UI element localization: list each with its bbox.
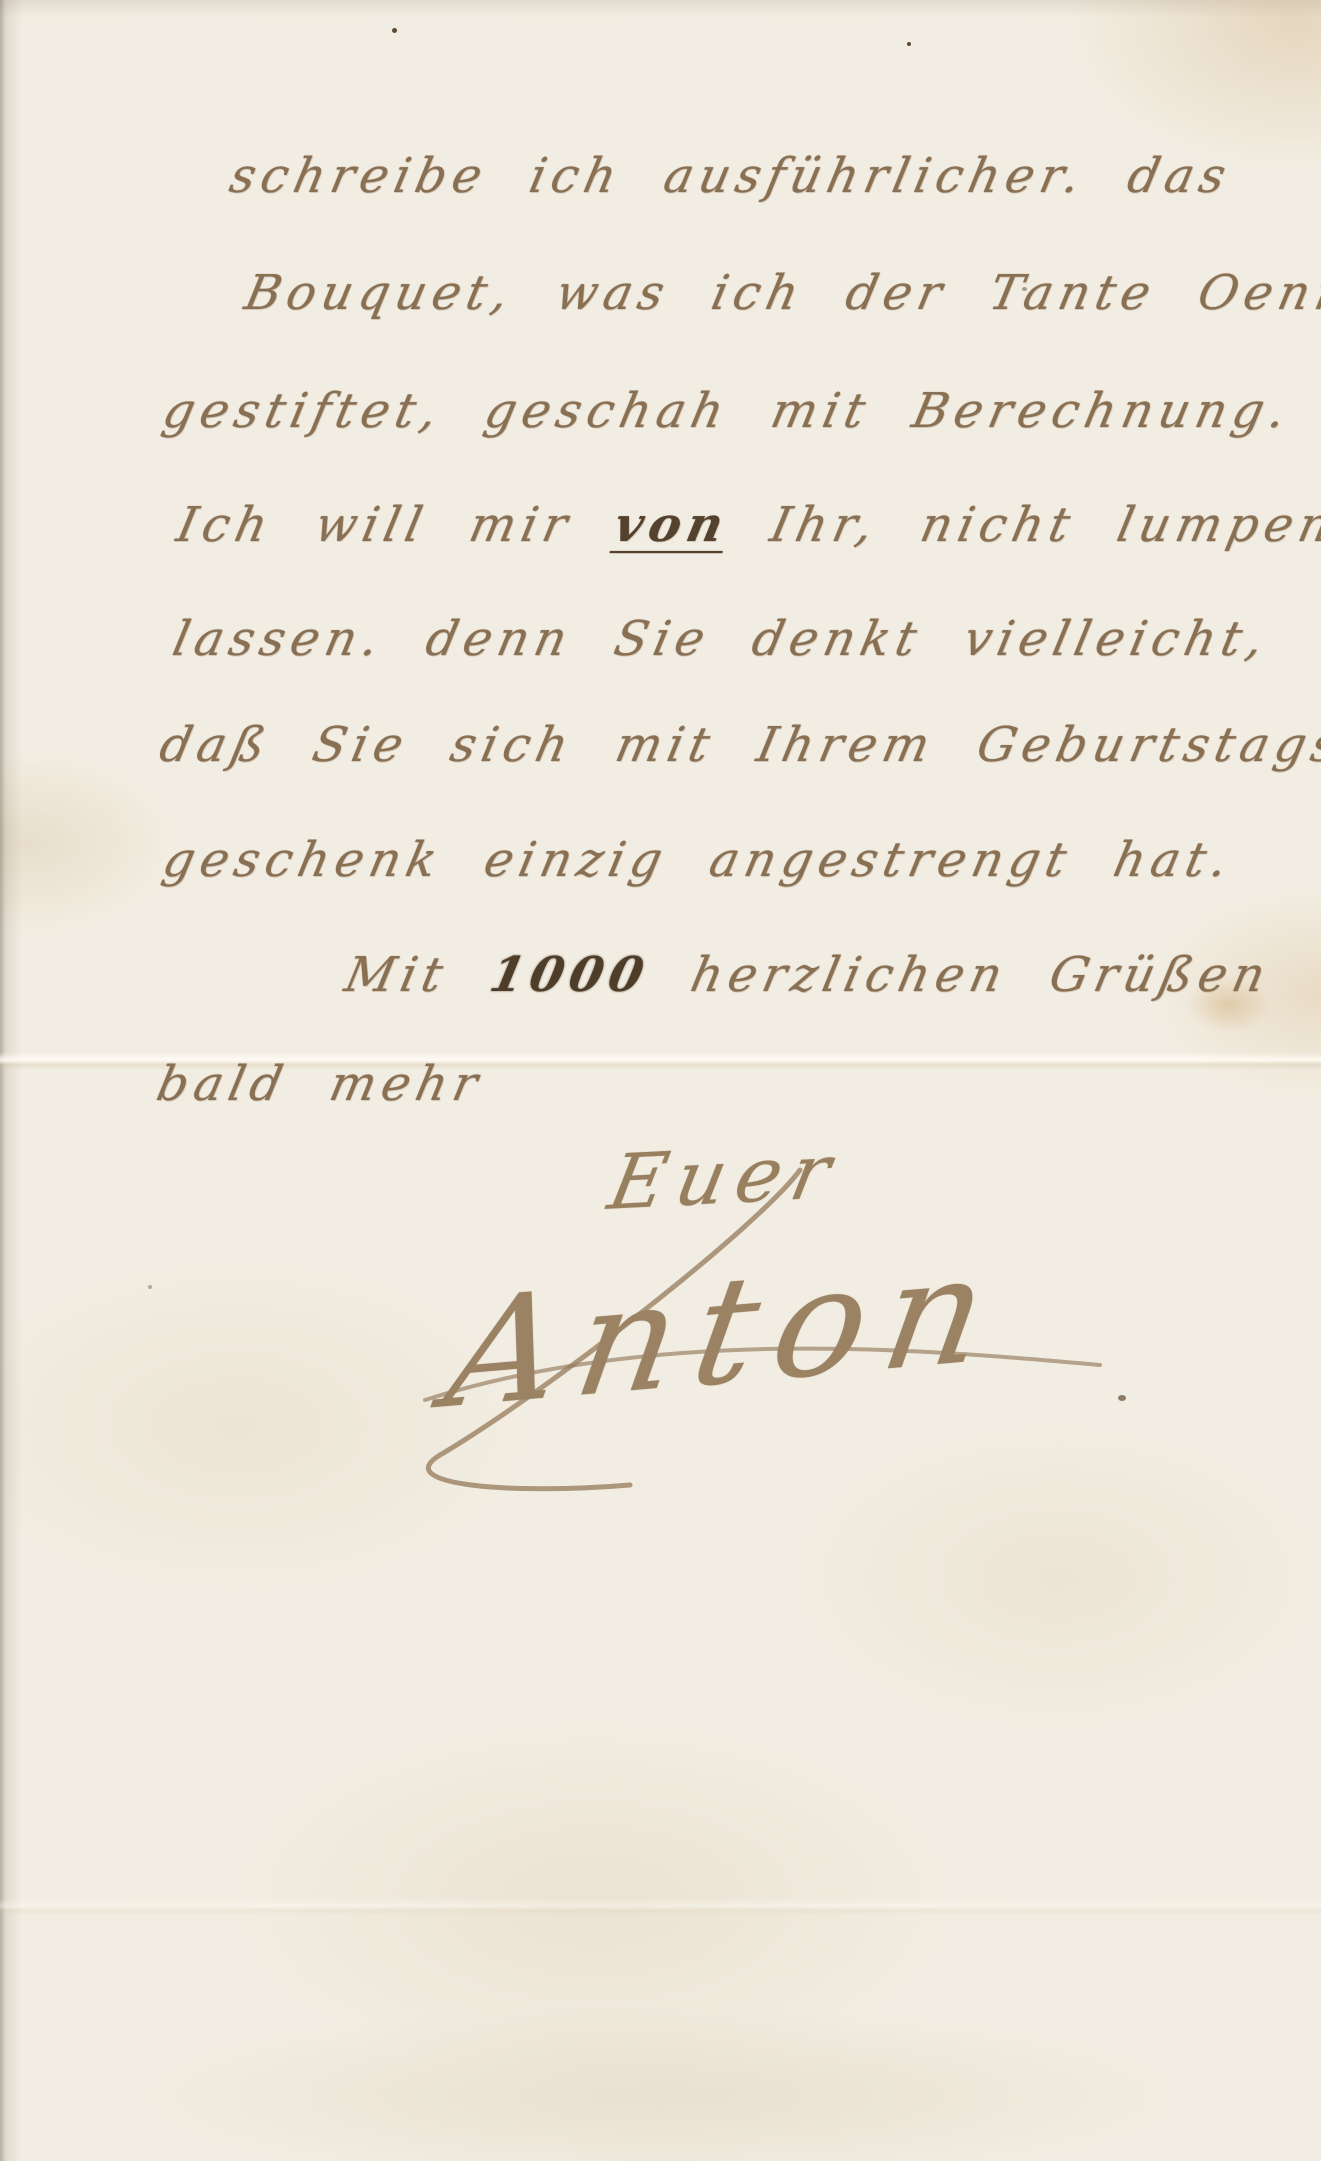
handwritten-line-4: Ich will mir von Ihr, nicht lumpen xyxy=(172,497,1321,553)
handwritten-line-1: schreibe ich ausführlicher. das xyxy=(225,148,1237,204)
handwritten-line-7: geschenk einzig angestrengt hat. xyxy=(158,832,1239,888)
handwritten-line-6: daß Sie sich mit Ihrem Geburtstags- xyxy=(155,717,1321,773)
letter-page: schreibe ich ausführlicher. das Bouquet,… xyxy=(0,0,1321,2161)
line-4-pre-text: Ich will mir xyxy=(172,497,621,553)
closing-word: Euer xyxy=(602,1126,848,1227)
handwritten-line-5: lassen. denn Sie denkt vielleicht, xyxy=(168,611,1274,667)
ink-dot xyxy=(1118,1395,1126,1401)
handwritten-line-3: gestiftet, geschah mit Berechnung. xyxy=(158,383,1297,439)
handwritten-line-9: bald mehr xyxy=(152,1056,488,1112)
line-8-pre-text: Mit xyxy=(340,947,497,1003)
paper-speck xyxy=(148,1285,152,1289)
signature: Anton xyxy=(436,1222,1016,1443)
handwritten-line-8: Mit 1000 herzlichen Grüßen xyxy=(340,947,1276,1003)
fold-crease-faint xyxy=(0,1898,1321,1916)
paper-speck xyxy=(1022,287,1027,291)
emphasized-word: von xyxy=(609,497,734,553)
line-4-post-text: Ihr, nicht lumpen xyxy=(722,497,1321,553)
paper-speck xyxy=(907,42,911,46)
line-8-post-text: herzlichen Grüßen xyxy=(643,947,1276,1003)
handwritten-line-2: Bouquet, was ich der Tante Oenna xyxy=(240,265,1321,321)
paper-speck xyxy=(392,28,397,33)
ink-blotted-number: 1000 xyxy=(485,947,654,1003)
